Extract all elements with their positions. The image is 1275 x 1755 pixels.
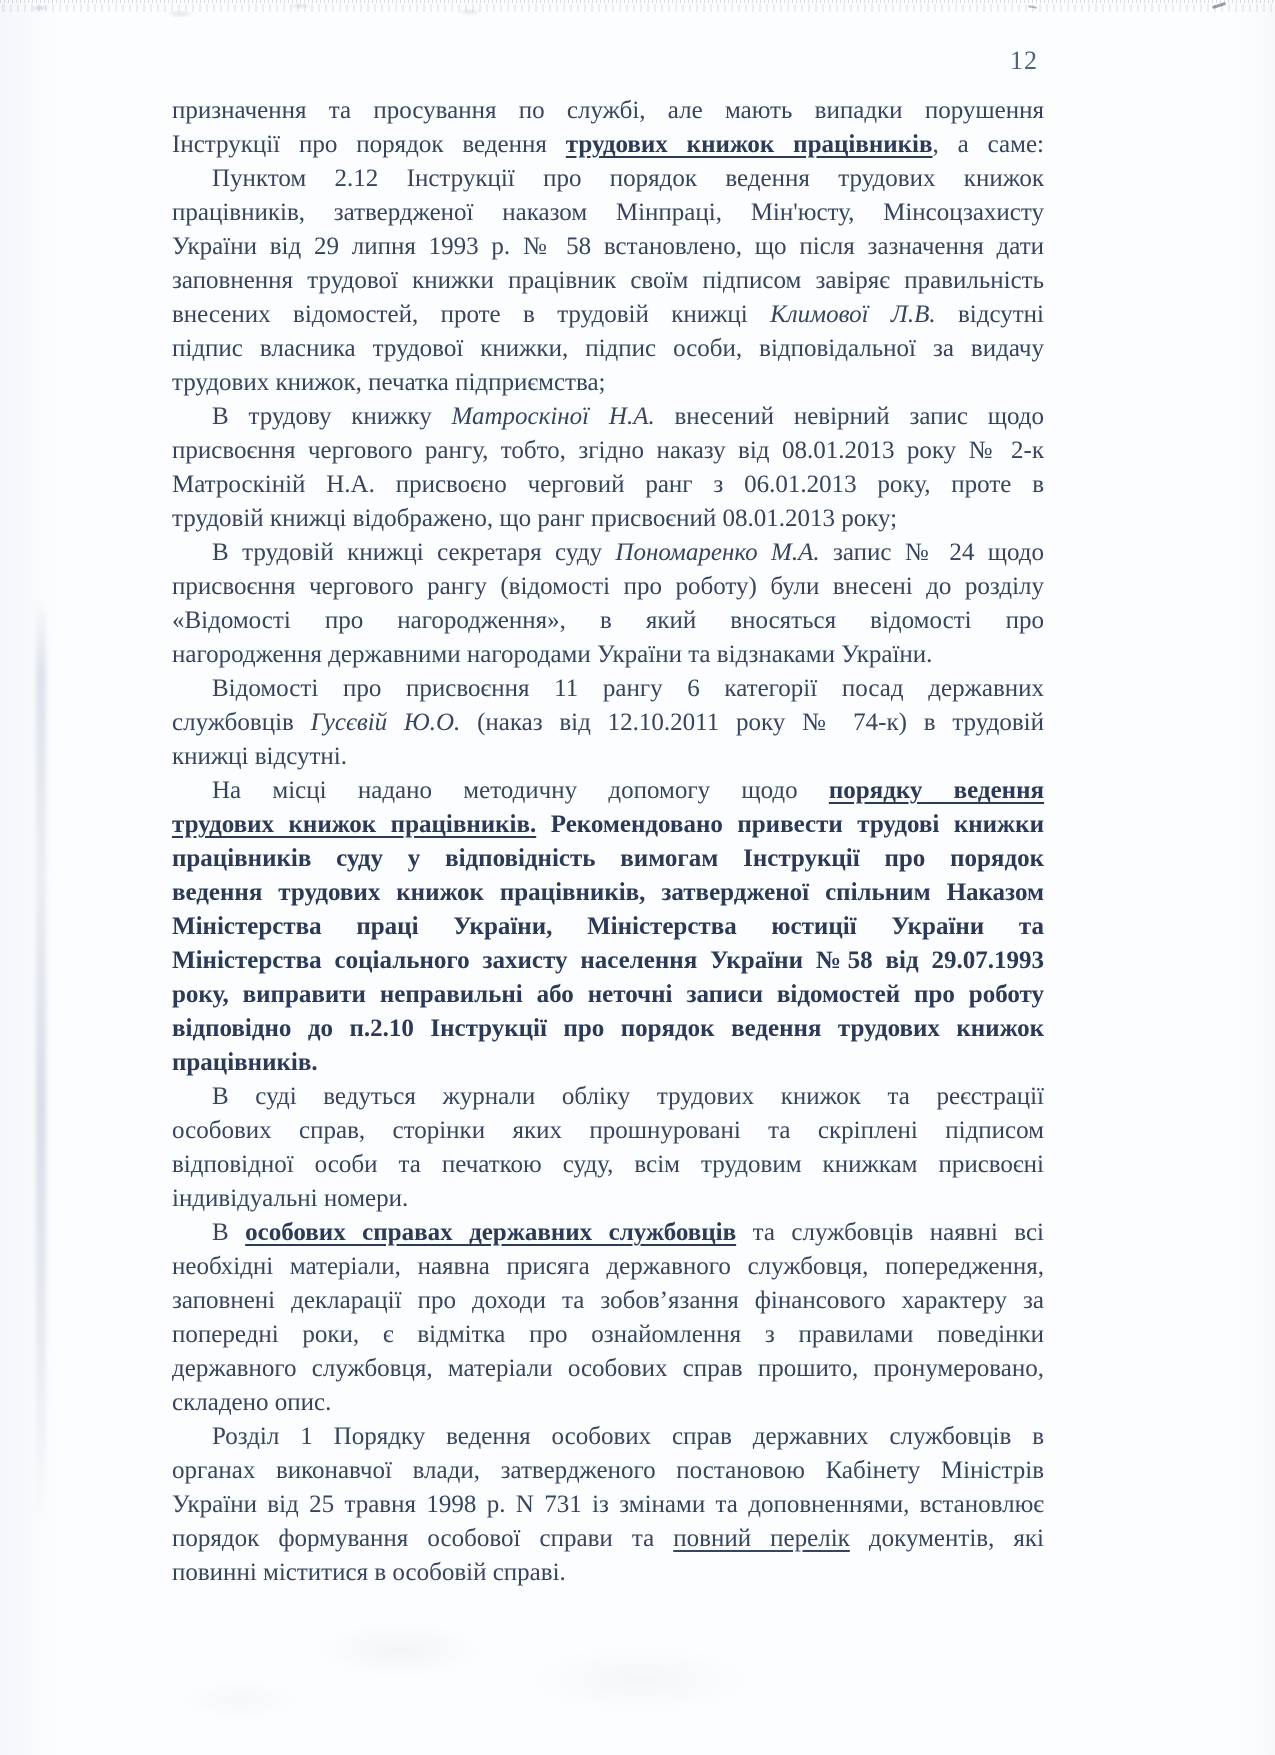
regular-text: присвоєння чергового рангу, тобто, згідн…	[172, 437, 1044, 464]
text-line: Міністерства соціального захисту населен…	[172, 944, 1044, 978]
paragraph: В суді ведуться журнали обліку трудових …	[172, 1080, 1044, 1216]
regular-text: Відомості про присвоєння 11 рангу 6 кате…	[212, 675, 1044, 702]
text-line: попередні роки, є відмітка про ознайомле…	[172, 1318, 1044, 1352]
text-line: Матроскіній Н.А. присвоєно черговий ранг…	[172, 468, 1044, 502]
regular-text: Розділ 1 Порядку ведення особових справ …	[212, 1423, 1044, 1450]
italic-name-text: Гусєвій Ю.О.	[311, 709, 461, 736]
paragraph: В трудову книжку Матроскіної Н.А. внесен…	[172, 400, 1044, 536]
bold-text: року, виправити неправильні або неточні …	[172, 981, 1044, 1008]
scan-smudge-bottom	[120, 1610, 880, 1730]
paragraph: В особових справах державних службовців …	[172, 1216, 1044, 1420]
text-line: року, виправити неправильні або неточні …	[172, 978, 1044, 1012]
document-text: призначення та просування по службі, але…	[172, 94, 1044, 1590]
text-line: необхідні матеріали, наявна присяга держ…	[172, 1250, 1044, 1284]
regular-text: внесених відомостей, проте в трудовій кн…	[172, 301, 770, 328]
italic-name-text: Климової Л.В.	[770, 301, 936, 328]
regular-text: заповнення трудової книжки працівник сво…	[172, 267, 1044, 294]
bold-text: відповідно до п.2.10 Інструкції про поря…	[172, 1015, 1044, 1042]
bold-text: Міністерства соціального захисту населен…	[172, 947, 1044, 974]
paragraph: На місці надано методичну допомогу щодо …	[172, 774, 1044, 1080]
text-line: «Відомості про нагородження», в який вно…	[172, 604, 1044, 638]
paragraph: Відомості про присвоєння 11 рангу 6 кате…	[172, 672, 1044, 774]
text-line: порядок формування особової справи та по…	[172, 1522, 1044, 1556]
bold-underline-text: порядку ведення	[829, 777, 1044, 804]
text-line: відповідно до п.2.10 Інструкції про поря…	[172, 1012, 1044, 1046]
regular-text: книжці відсутні.	[172, 743, 347, 770]
regular-text: документів, які	[850, 1525, 1044, 1552]
text-line: трудових книжок, печатка підприємства;	[172, 366, 1044, 400]
text-line: Міністерства праці України, Міністерства…	[172, 910, 1044, 944]
regular-text: (наказ від 12.10.2011 року № 74-к) в тру…	[460, 709, 1044, 736]
regular-text: , а саме:	[933, 131, 1044, 158]
bold-underline-text: трудових книжок працівників.	[172, 811, 536, 838]
scan-noise-top-speckles	[0, 0, 620, 26]
regular-text: Матроскіній Н.А. присвоєно черговий ранг…	[172, 471, 1044, 498]
regular-text: В трудовій книжці секретаря суду	[212, 539, 615, 566]
text-line: внесених відомостей, проте в трудовій кн…	[172, 298, 1044, 332]
text-line: Розділ 1 Порядку ведення особових справ …	[172, 1420, 1044, 1454]
text-line: індивідуальні номери.	[172, 1182, 1044, 1216]
italic-name-text: Пономаренко М.А.	[615, 539, 819, 566]
italic-name-text: Матроскіної Н.А.	[452, 403, 655, 430]
text-line: України від 25 травня 1998 р. N 731 із з…	[172, 1488, 1044, 1522]
text-line: відповідної особи та печаткою суду, всім…	[172, 1148, 1044, 1182]
text-line: В особових справах державних службовців …	[172, 1216, 1044, 1250]
regular-text: попередні роки, є відмітка про ознайомле…	[172, 1321, 1044, 1348]
regular-text: державного службовця, матеріали особових…	[172, 1355, 1044, 1382]
text-line: державного службовця, матеріали особових…	[172, 1352, 1044, 1386]
regular-text: В суді ведуться журнали обліку трудових …	[212, 1083, 1044, 1110]
regular-text: особових справ, сторінки яких прошнурова…	[172, 1117, 1044, 1144]
regular-text: органах виконавчої влади, затвердженого …	[172, 1457, 1044, 1484]
regular-text: присвоєння чергового рангу (відомості пр…	[172, 573, 1044, 600]
bold-underline-text: трудових книжок працівників	[566, 131, 933, 158]
paragraph: В трудовій книжці секретаря суду Пономар…	[172, 536, 1044, 672]
text-line: В трудову книжку Матроскіної Н.А. внесен…	[172, 400, 1044, 434]
regular-text: Інструкції про порядок ведення	[172, 131, 566, 158]
regular-text: трудових книжок, печатка підприємства;	[172, 369, 605, 396]
regular-text: підпис власника трудової книжки, підпис …	[172, 335, 1044, 362]
text-line: Відомості про присвоєння 11 рангу 6 кате…	[172, 672, 1044, 706]
regular-text: трудовій книжці відображено, що ранг при…	[172, 505, 897, 532]
text-line: заповнені декларації про доходи та зобов…	[172, 1284, 1044, 1318]
text-line: службовців Гусєвій Ю.О. (наказ від 12.10…	[172, 706, 1044, 740]
text-line: особових справ, сторінки яких прошнурова…	[172, 1114, 1044, 1148]
regular-text: В трудову книжку	[212, 403, 452, 430]
regular-text: заповнені декларації про доходи та зобов…	[172, 1287, 1044, 1314]
bold-text: працівників.	[172, 1049, 318, 1076]
regular-text: України від 29 липня 1993 р. № 58 встано…	[172, 233, 1044, 260]
text-line: призначення та просування по службі, але…	[172, 94, 1044, 128]
regular-text: «Відомості про нагородження», в який вно…	[172, 607, 1044, 634]
text-line: працівників суду у відповідність вимогам…	[172, 842, 1044, 876]
scanned-document-page: 12 призначення та просування по службі, …	[0, 0, 1275, 1755]
text-line: трудовій книжці відображено, що ранг при…	[172, 502, 1044, 536]
text-line: нагородження державними нагородами Украї…	[172, 638, 1044, 672]
text-line: присвоєння чергового рангу, тобто, згідн…	[172, 434, 1044, 468]
regular-text: необхідні матеріали, наявна присяга держ…	[172, 1253, 1044, 1280]
text-line: трудових книжок працівників. Рекомендова…	[172, 808, 1044, 842]
text-line: працівників.	[172, 1046, 1044, 1080]
bold-text: ведення трудових книжок працівників, зат…	[172, 879, 1044, 906]
text-line: На місці надано методичну допомогу щодо …	[172, 774, 1044, 808]
regular-text: Пунктом 2.12 Інструкції про порядок веде…	[212, 165, 1044, 192]
text-line: Пунктом 2.12 Інструкції про порядок веде…	[172, 162, 1044, 196]
regular-text: На місці надано методичну допомогу щодо	[212, 777, 829, 804]
bold-text: Рекомендовано привести трудові книжки	[536, 811, 1044, 838]
text-line: України від 29 липня 1993 р. № 58 встано…	[172, 230, 1044, 264]
paragraph: Пунктом 2.12 Інструкції про порядок веде…	[172, 162, 1044, 400]
text-line: В трудовій книжці секретаря суду Пономар…	[172, 536, 1044, 570]
text-line: повинні міститися в особовій справі.	[172, 1556, 1044, 1590]
bold-underline-text: особових справах державних службовців	[245, 1219, 736, 1246]
scan-streak-left-margin	[36, 600, 46, 1520]
text-line: присвоєння чергового рангу (відомості пр…	[172, 570, 1044, 604]
regular-text: відповідної особи та печаткою суду, всім…	[172, 1151, 1044, 1178]
regular-text: внесений невірний запис щодо	[655, 403, 1044, 430]
text-line: заповнення трудової книжки працівник сво…	[172, 264, 1044, 298]
text-line: В суді ведуться журнали обліку трудових …	[172, 1080, 1044, 1114]
regular-text: призначення та просування по службі, але…	[172, 97, 1044, 124]
regular-text: індивідуальні номери.	[172, 1185, 408, 1212]
text-line: працівників, затвердженої наказом Мінпра…	[172, 196, 1044, 230]
text-line: підпис власника трудової книжки, підпис …	[172, 332, 1044, 366]
bold-text: працівників суду у відповідність вимогам…	[172, 845, 1044, 872]
regular-text: В	[212, 1219, 245, 1246]
text-line: книжці відсутні.	[172, 740, 1044, 774]
regular-text: працівників, затвердженої наказом Мінпра…	[172, 199, 1044, 226]
regular-text: та службовців наявні всі	[736, 1219, 1044, 1246]
regular-text: запис № 24 щодо	[820, 539, 1044, 566]
text-line: органах виконавчої влади, затвердженого …	[172, 1454, 1044, 1488]
regular-text: порядок формування особової справи та	[172, 1525, 673, 1552]
regular-text: України від 25 травня 1998 р. N 731 із з…	[172, 1491, 1044, 1518]
page-number: 12	[1010, 46, 1038, 76]
bold-text: Міністерства праці України, Міністерства…	[172, 913, 1044, 940]
text-line: ведення трудових книжок працівників, зат…	[172, 876, 1044, 910]
text-line: складено опис.	[172, 1386, 1044, 1420]
text-line: Інструкції про порядок ведення трудових …	[172, 128, 1044, 162]
regular-text: службовців	[172, 709, 311, 736]
regular-text: складено опис.	[172, 1389, 331, 1416]
regular-text: нагородження державними нагородами Украї…	[172, 641, 932, 668]
paragraph: Розділ 1 Порядку ведення особових справ …	[172, 1420, 1044, 1590]
regular-text: відсутні	[936, 301, 1044, 328]
underline-text: повний перелік	[673, 1525, 850, 1552]
paragraph: призначення та просування по службі, але…	[172, 94, 1044, 162]
regular-text: повинні міститися в особовій справі.	[172, 1559, 566, 1586]
